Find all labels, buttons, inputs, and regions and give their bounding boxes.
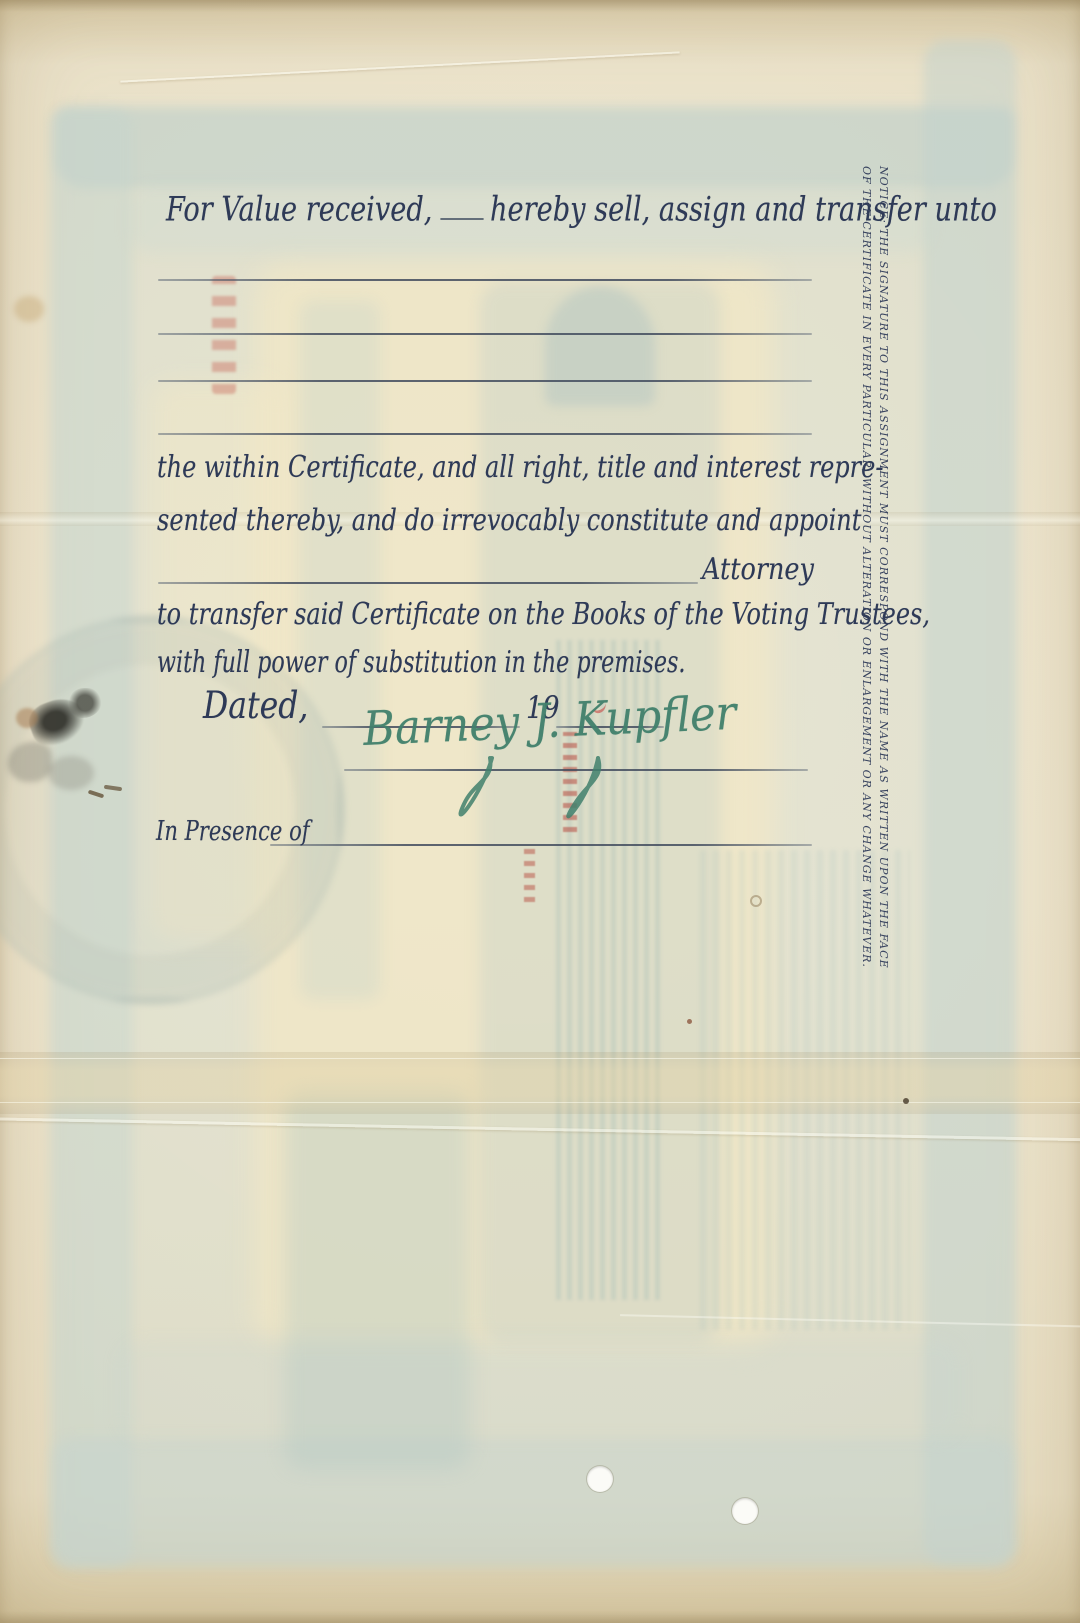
speck-3 (750, 895, 762, 907)
bleedthrough-large-letters (285, 1090, 470, 1470)
witness-label: In Presence of (156, 816, 310, 847)
bleedthrough-statue (545, 286, 655, 406)
assignee-blank-line-3 (158, 380, 812, 382)
body-line-3: to transfer said Certificate on the Book… (157, 597, 930, 632)
crease-top (120, 51, 679, 82)
opening-gap-line (440, 186, 483, 220)
body-line-1: the within Certificate, and all right, t… (157, 450, 883, 485)
assignee-blank-line-4 (158, 433, 812, 435)
speck-1 (903, 1098, 909, 1104)
speck-2 (687, 1019, 692, 1024)
attorney-blank-line (158, 582, 698, 584)
notice-line-1: NOTICE: THE SIGNATURE TO THIS ASSIGNMENT… (875, 166, 892, 870)
fold-highlight-2 (0, 1102, 1080, 1103)
assignee-blank-line-2 (158, 333, 812, 335)
attorney-label: Attorney (702, 552, 814, 587)
fold-band-lower (0, 1052, 1080, 1114)
punch-hole-right (732, 1498, 758, 1524)
ink-dash-2 (104, 785, 122, 791)
opening-prefix: For Value received, (166, 189, 432, 229)
ink-dash-1 (88, 790, 104, 799)
crease-diagonal (0, 1117, 1080, 1142)
bleedthrough-left-border (50, 108, 132, 1568)
assignee-blank-line-1 (158, 279, 812, 281)
dated-label: Dated, (203, 684, 308, 727)
stain-upper-left (14, 296, 44, 322)
certificate-back: For Value received,hereby sell, assign a… (0, 0, 1080, 1623)
crease-bottom (620, 1314, 1080, 1328)
body-line-4: with full power of substitution in the p… (157, 645, 685, 680)
ink-smudge-gray-2 (48, 756, 94, 790)
red-bleed-marks-2 (524, 846, 535, 902)
paper-edge-top (0, 0, 1080, 12)
notice-line-2: OF THE CERTIFICATE IN EVERY PARTICULAR, … (858, 166, 875, 870)
ink-smudge-gray-1 (8, 742, 52, 782)
ink-smudge-secondary (68, 688, 102, 718)
body-line-2: sented thereby, and do irrevocably const… (157, 503, 861, 538)
signature-flourish (420, 756, 680, 846)
red-serial-bleed (212, 276, 236, 394)
brown-stain-dot (16, 708, 38, 728)
bleedthrough-right-border (924, 40, 1016, 1565)
paper-edge-bottom (0, 1611, 1080, 1623)
signature-text: Barney J. Kupfler (362, 686, 737, 757)
fold-highlight-1 (0, 1058, 1080, 1059)
punch-hole-left (587, 1466, 613, 1492)
bleedthrough-bottom-inner (120, 1340, 960, 1440)
bleedthrough-bottom-border (52, 1438, 1014, 1564)
opening-suffix: hereby sell, assign and transfer unto (490, 189, 997, 229)
signature-notice: NOTICE: THE SIGNATURE TO THIS ASSIGNMENT… (856, 166, 892, 870)
